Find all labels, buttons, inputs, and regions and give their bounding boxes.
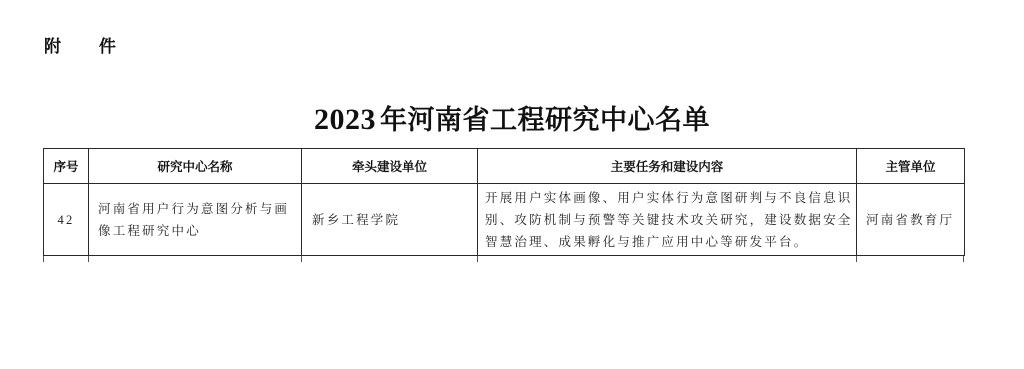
header-center-name: 研究中心名称 [89,149,302,184]
header-tasks: 主要任务和建设内容 [478,149,857,184]
header-index: 序号 [44,149,89,184]
column-line-continuation [477,256,478,262]
column-line-continuation [43,256,44,262]
header-lead-unit: 牵头建设单位 [302,149,478,184]
row-authority: 河南省教育厅 [857,184,965,256]
column-line-continuation [301,256,302,262]
attachment-label: 附 件 [44,32,132,57]
column-line-continuation [963,256,964,262]
header-authority: 主管单位 [857,149,965,184]
row-tasks: 开展用户实体画像、用户实体行为意图研判与不良信息识别、攻防机制与预警等关键技术攻… [478,184,857,256]
document-title: 2023年河南省工程研究中心名单 [0,98,1024,137]
row-center-name: 河南省用户行为意图分析与画像工程研究中心 [89,184,302,256]
column-line-continuation [88,256,89,262]
title-text: 年河南省工程研究中心名单 [380,105,710,136]
column-line-continuation [856,256,857,262]
engineering-center-table: 序号 研究中心名称 牵头建设单位 主要任务和建设内容 主管单位 42 河南省用户… [43,148,965,256]
row-index: 42 [44,184,89,256]
row-lead-unit: 新乡工程学院 [302,184,478,256]
title-year: 2023 [314,103,376,136]
table-header-row: 序号 研究中心名称 牵头建设单位 主要任务和建设内容 主管单位 [44,149,965,184]
table-row: 42 河南省用户行为意图分析与画像工程研究中心 新乡工程学院 开展用户实体画像、… [44,184,965,256]
